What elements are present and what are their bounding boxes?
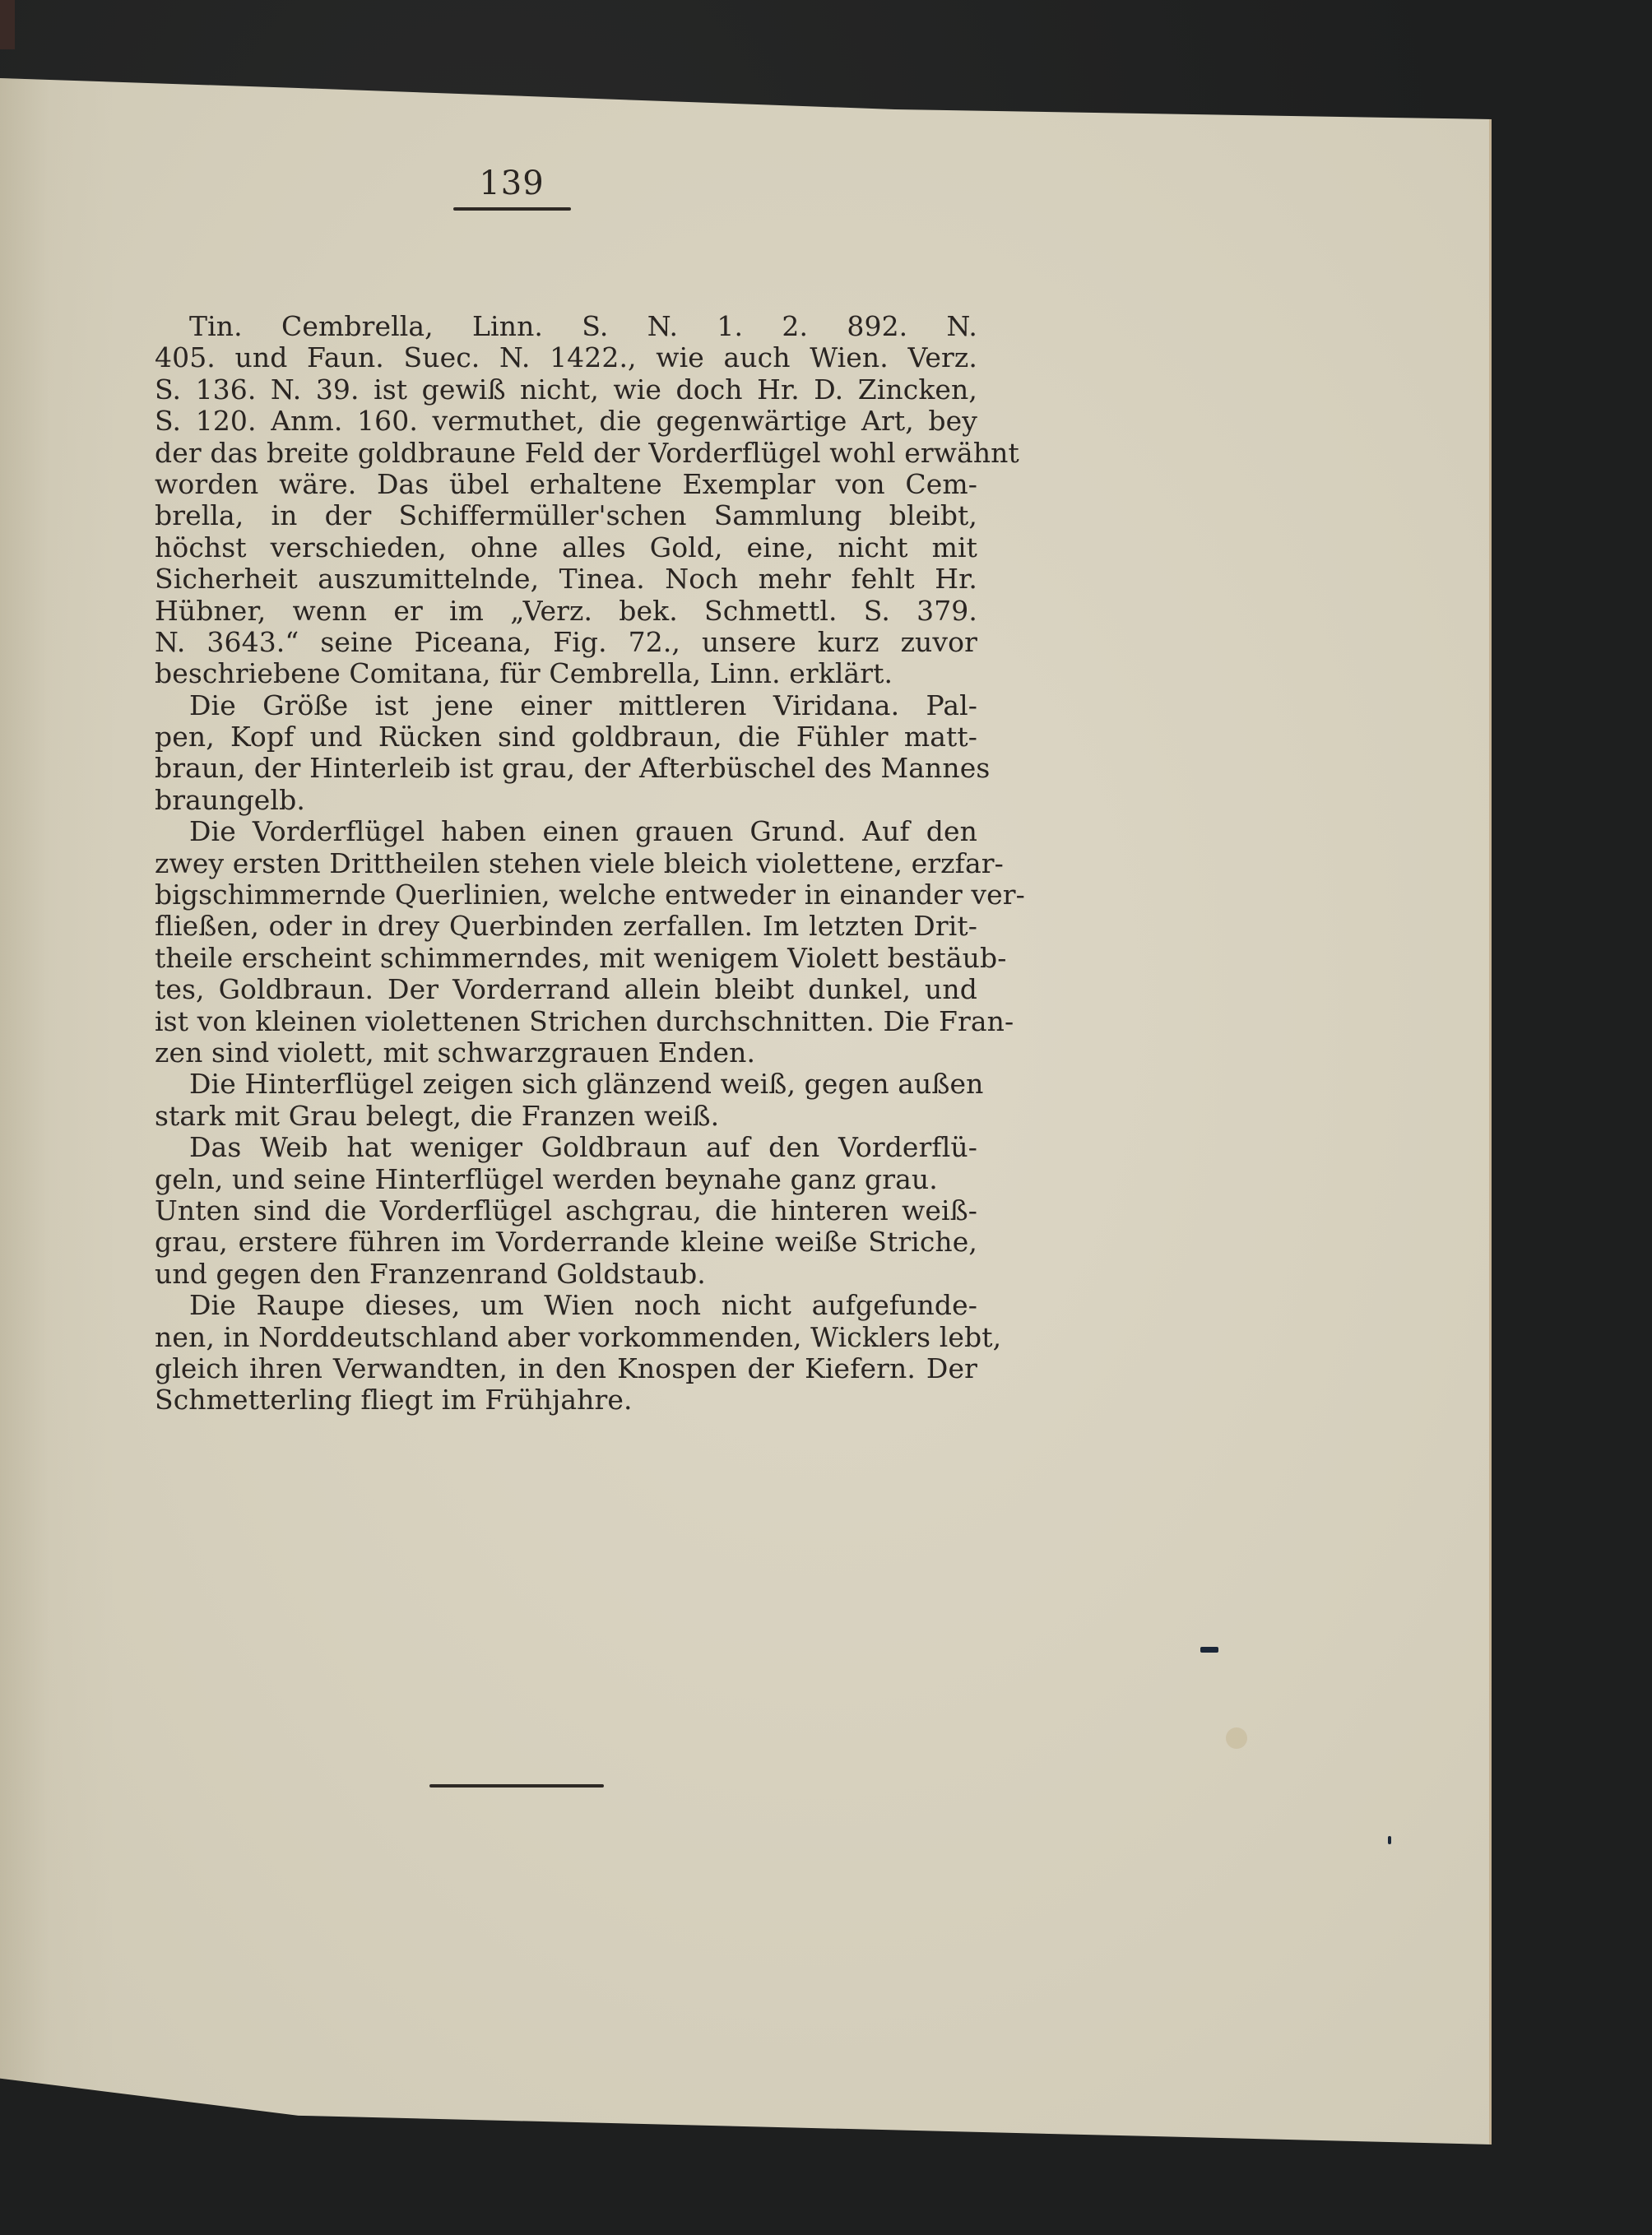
paragraph: Die Hinterflügel zeigen sich glänzend we… — [155, 1069, 977, 1132]
text-line: S. 120. Anm. 160. vermuthet, die gegenwä… — [155, 406, 977, 437]
text-line: pen, Kopf und Rücken sind goldbraun, die… — [155, 721, 977, 753]
text-line: 405. und Faun. Suec. N. 1422., wie auch … — [155, 342, 977, 373]
text-line: Sicherheit auszumittelnde, Tinea. Noch m… — [155, 563, 977, 595]
text-line: fließen, oder in drey Querbinden zerfall… — [155, 911, 977, 942]
text-line: braun, der Hinterleib ist grau, der Afte… — [155, 753, 977, 784]
text-line: nen, in Norddeutschland aber vorkommende… — [155, 1322, 977, 1353]
paragraph: Unten sind die Vorderflügel aschgrau, di… — [155, 1195, 977, 1290]
ink-speck — [1200, 1647, 1218, 1653]
text-line: grau, erstere führen im Vorderrande klei… — [155, 1226, 977, 1258]
paragraph: Die Raupe dieses, um Wien noch nicht auf… — [155, 1290, 977, 1417]
text-line: geln, und seine Hinterflügel werden beyn… — [155, 1164, 977, 1195]
text-line: gleich ihren Verwandten, in den Knospen … — [155, 1353, 977, 1384]
text-line: brella, in der Schiffermüller'schen Samm… — [155, 500, 977, 531]
text-line: Das Weib hat weniger Goldbraun auf den V… — [155, 1132, 977, 1163]
text-line: Schmetterling fliegt im Frühjahre. — [155, 1384, 977, 1416]
text-line: Unten sind die Vorderflügel aschgrau, di… — [155, 1195, 977, 1226]
text-line: höchst verschieden, ohne alles Gold, ein… — [155, 532, 977, 563]
text-line: tes, Goldbraun. Der Vorderrand allein bl… — [155, 974, 977, 1005]
text-line: der das breite goldbraune Feld der Vorde… — [155, 438, 977, 469]
text-line: beschriebene Comitana, für Cembrella, Li… — [155, 658, 977, 689]
paragraph: Das Weib hat weniger Goldbraun auf den V… — [155, 1132, 977, 1195]
paper-stain — [1226, 1727, 1247, 1749]
text-line: S. 136. N. 39. ist gewiß nicht, wie doch… — [155, 374, 977, 406]
text-line: Die Vorderflügel haben einen grauen Grun… — [155, 816, 977, 847]
section-end-rule — [429, 1784, 604, 1788]
text-line: Die Hinterflügel zeigen sich glänzend we… — [155, 1069, 977, 1100]
text-line: Hübner, wenn er im „Verz. bek. Schmettl.… — [155, 596, 977, 627]
header-rule — [453, 207, 571, 211]
text-line: N. 3643.“ seine Piceana, Fig. 72., unser… — [155, 627, 977, 658]
text-line: worden wäre. Das übel erhaltene Exemplar… — [155, 469, 977, 500]
book-spine-edge — [0, 0, 15, 49]
ink-speck — [1388, 1836, 1391, 1844]
paragraph: Die Größe ist jene einer mittleren Virid… — [155, 690, 977, 817]
paragraph: Die Vorderflügel haben einen grauen Grun… — [155, 816, 977, 1069]
text-line: bigschimmernde Querlinien, welche entwed… — [155, 879, 977, 911]
text-line: und gegen den Franzenrand Goldstaub. — [155, 1259, 977, 1290]
text-line: zen sind violett, mit schwarzgrauen Ende… — [155, 1037, 977, 1069]
text-line: braungelb. — [155, 785, 977, 816]
text-line: stark mit Grau belegt, die Franzen weiß. — [155, 1101, 977, 1132]
text-line: ist von kleinen violettenen Strichen dur… — [155, 1006, 977, 1037]
paragraph: Tin. Cembrella, Linn. S. N. 1. 2. 892. N… — [155, 311, 977, 690]
text-line: theile erscheint schimmerndes, mit wenig… — [155, 943, 977, 974]
text-line: Tin. Cembrella, Linn. S. N. 1. 2. 892. N… — [155, 311, 977, 342]
body-text: Tin. Cembrella, Linn. S. N. 1. 2. 892. N… — [155, 311, 977, 1417]
text-line: Die Größe ist jene einer mittleren Virid… — [155, 690, 977, 721]
text-line: Die Raupe dieses, um Wien noch nicht auf… — [155, 1290, 977, 1321]
text-line: zwey ersten Drittheilen stehen viele ble… — [155, 848, 977, 879]
page-number: 139 — [454, 165, 569, 202]
